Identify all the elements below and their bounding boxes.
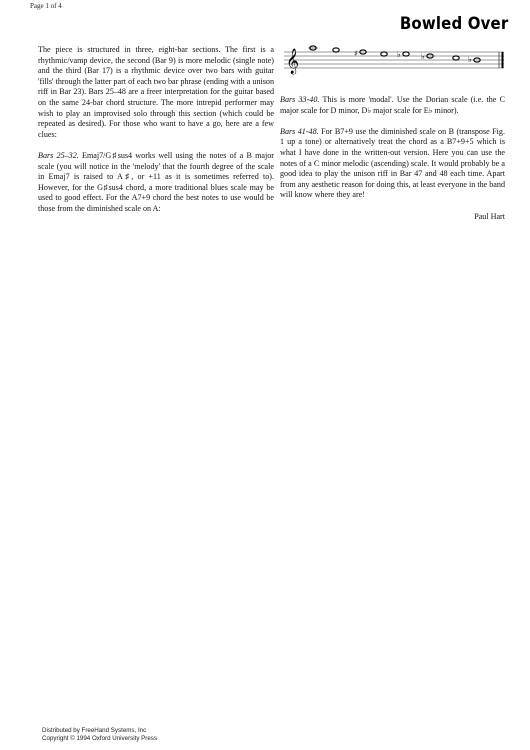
bars-25-32-heading: Bars 25–32. [38,151,79,160]
bars-41-48-heading: Bars 41-48. [280,127,319,136]
bars-41-48-paragraph: Bars 41-48. For B7+9 use the diminished … [280,127,505,201]
bars-41-48-text: For B7+9 use the diminished scale on B (… [280,127,505,200]
bars-25-32-paragraph: Bars 25–32. Emaj7/G♯sus4 works well usin… [38,151,274,215]
diminished-scale-staff: 𝄞 ♯ ♭ ♭ ♭ [284,43,506,75]
svg-text:♯: ♯ [354,49,358,58]
page-title: Bowled Over [399,14,508,34]
intro-paragraph: The piece is structured in three, eight-… [38,45,274,140]
svg-text:♭: ♭ [397,50,401,59]
distribution-notice: Distributed by FreeHand Systems, Inc [42,727,157,735]
footer: Distributed by FreeHand Systems, Inc Cop… [42,727,157,743]
music-staff-figure: 𝄞 ♯ ♭ ♭ ♭ [284,43,506,75]
bars-33-40-heading: Bars 33-40. [280,95,319,104]
svg-text:♭: ♭ [421,52,425,61]
svg-text:♭: ♭ [468,55,472,64]
page-indicator: Page 1 of 4 [30,2,62,10]
bars-25-32-text: Emaj7/G♯sus4 works well using the notes … [38,151,274,213]
copyright-notice: Copyright © 1994 Oxford University Press [42,735,157,743]
author-signature: Paul Hart [280,212,505,223]
bars-33-40-paragraph: Bars 33-40. This is more 'modal'. Use th… [280,95,505,116]
treble-clef-icon: 𝄞 [286,48,299,74]
left-column: The piece is structured in three, eight-… [38,45,274,225]
right-column: Bars 33-40. This is more 'modal'. Use th… [280,95,505,222]
